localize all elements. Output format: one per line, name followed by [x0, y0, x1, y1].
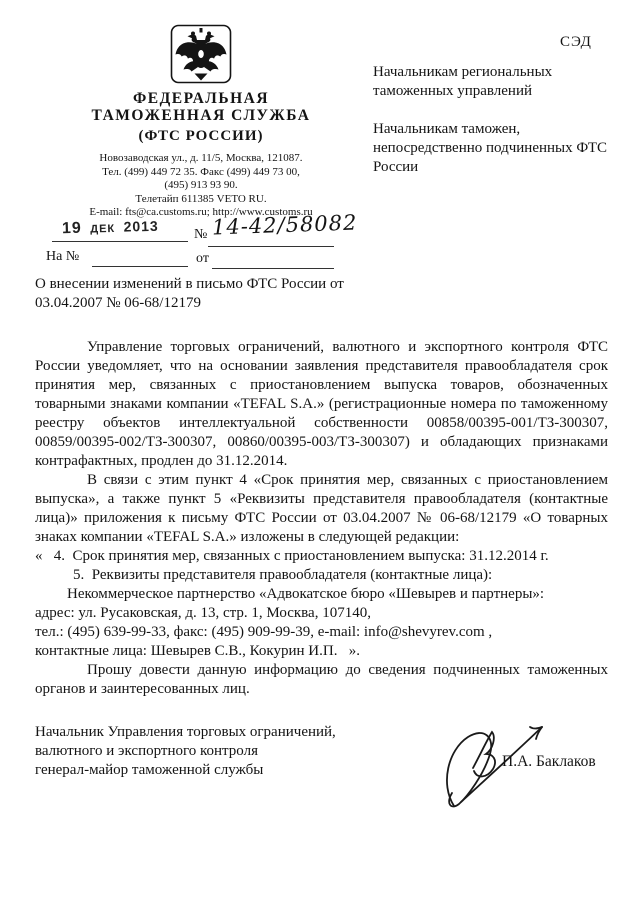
org-address-line2: Тел. (499) 449 72 35. Факс (499) 449 73 …	[38, 166, 364, 180]
org-address: Новозаводская ул., д. 11/5, Москва, 1210…	[38, 152, 364, 220]
quoted-contact-persons: контактные лица: Шевырев С.В., Кокурин И…	[35, 642, 608, 661]
org-address-line3: (495) 913 93 90.	[38, 179, 364, 193]
quoted-item-5: 5. Реквизиты представителя правообладате…	[35, 566, 608, 585]
letter-body: Управление торговых ограничений, валютно…	[35, 338, 608, 699]
date-stamp-day: 19	[62, 220, 82, 238]
scanned-letter-page: ФЕДЕРАЛЬНАЯ ТАМОЖЕННАЯ СЛУЖБА (ФТС РОССИ…	[0, 0, 640, 905]
recipient-block-2: Начальникам таможен, непосредственно под…	[373, 120, 617, 177]
reply-to-label: На №	[46, 249, 79, 265]
coat-of-arms-icon	[170, 24, 232, 84]
quoted-partner-name: Некоммерческое партнерство «Адвокатское …	[35, 585, 608, 604]
subject-line: О внесении изменений в письмо ФТС России…	[35, 275, 365, 313]
reply-to-underline	[92, 266, 188, 267]
date-stamp: 19 ДЕК 2013	[62, 218, 159, 239]
letterhead: ФЕДЕРАЛЬНАЯ ТАМОЖЕННАЯ СЛУЖБА (ФТС РОССИ…	[38, 24, 364, 220]
quoted-item-4: « 4. Срок принятия мер, связанных с прио…	[35, 547, 608, 566]
org-address-line1: Новозаводская ул., д. 11/5, Москва, 1210…	[38, 152, 364, 166]
date-stamp-year: 2013	[123, 218, 159, 235]
body-paragraph-1: Управление торговых ограничений, валютно…	[35, 338, 608, 471]
doc-number-handwritten: 14-42/58082	[212, 210, 358, 239]
org-name-line1: ФЕДЕРАЛЬНАЯ	[38, 90, 364, 107]
date-stamp-month: ДЕК	[90, 223, 115, 236]
sed-marking: СЭД	[560, 34, 592, 51]
signer-position: Начальник Управления торговых ограничени…	[35, 723, 365, 780]
reply-from-underline	[212, 268, 334, 269]
body-paragraph-3: Прошу довести данную информацию до сведе…	[35, 661, 608, 699]
signer-name: П.А. Баклаков	[502, 753, 596, 771]
signer-position-line2: валютного и экспортного контроля	[35, 742, 365, 761]
date-underline	[52, 241, 188, 242]
quoted-phone-email: тел.: (495) 639-99-33, факс: (495) 909-9…	[35, 623, 608, 642]
org-name-line3: (ФТС РОССИИ)	[38, 127, 364, 145]
signer-position-line3: генерал-майор таможенной службы	[35, 761, 365, 780]
org-address-line4: Телетайп 611385 VETO RU.	[38, 193, 364, 207]
org-name-line2: ТАМОЖЕННАЯ СЛУЖБА	[38, 107, 364, 124]
body-paragraph-2: В связи с этим пункт 4 «Срок принятия ме…	[35, 471, 608, 547]
signer-position-line1: Начальник Управления торговых ограничени…	[35, 723, 365, 742]
reply-from-label: от	[196, 251, 209, 267]
doc-number-label: №	[194, 227, 207, 243]
recipient-block-1: Начальникам региональных таможенных упра…	[373, 63, 617, 101]
doc-number-underline	[208, 246, 334, 247]
quoted-address: адрес: ул. Русаковская, д. 13, стр. 1, М…	[35, 604, 608, 623]
